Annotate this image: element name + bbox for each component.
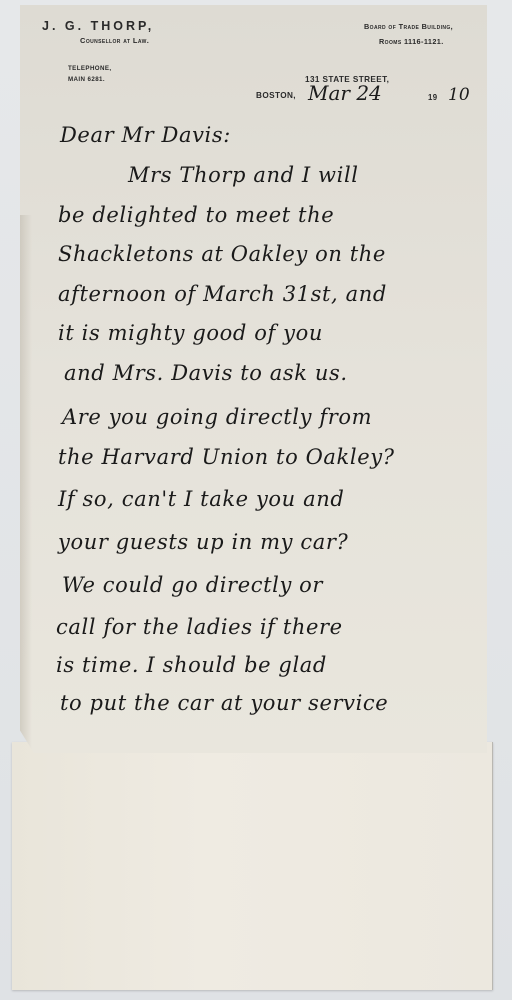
salutation: Dear Mr Davis: [60, 123, 231, 147]
letterhead-name: J. G. THORP, [42, 19, 154, 33]
letter-line: be delighted to meet the [58, 203, 334, 227]
letterhead-year-prefix: 19 [428, 93, 437, 102]
letter-line: We could go directly or [62, 573, 323, 597]
letter-line: the Harvard Union to Oakley? [58, 445, 395, 469]
letter-line: call for the ladies if there [56, 615, 343, 639]
photo-background: J. G. THORP, Counsellor at Law. TELEPHON… [0, 0, 512, 1000]
letter-line: your guests up in my car? [58, 530, 348, 554]
letterhead-rooms: Rooms 1116-1121. [379, 37, 444, 46]
handwritten-year: 10 [448, 85, 470, 105]
letterhead-city: BOSTON, [256, 91, 296, 100]
letterhead-telephone-number: MAIN 6281. [68, 76, 105, 83]
letterhead-telephone-label: TELEPHONE, [68, 65, 112, 72]
letterhead-building: Board of Trade Building, [364, 22, 453, 31]
letter-line: Mrs Thorp and I will [128, 163, 359, 187]
letter-page: J. G. THORP, Counsellor at Law. TELEPHON… [20, 5, 487, 753]
letter-line: it is mighty good of you [58, 321, 323, 345]
handwritten-date: Mar 24 [308, 81, 382, 105]
lower-blank-sheet [12, 742, 493, 990]
letter-line: If so, can't I take you and [58, 487, 344, 511]
letter-line: Are you going directly from [62, 405, 372, 429]
letter-line: to put the car at your service [60, 691, 388, 715]
letter-line: is time. I should be glad [56, 653, 327, 677]
letterhead-title: Counsellor at Law. [80, 36, 149, 45]
letter-line: Shackletons at Oakley on the [58, 242, 386, 266]
letter-line: afternoon of March 31st, and [58, 282, 387, 306]
letter-line: and Mrs. Davis to ask us. [64, 361, 348, 385]
